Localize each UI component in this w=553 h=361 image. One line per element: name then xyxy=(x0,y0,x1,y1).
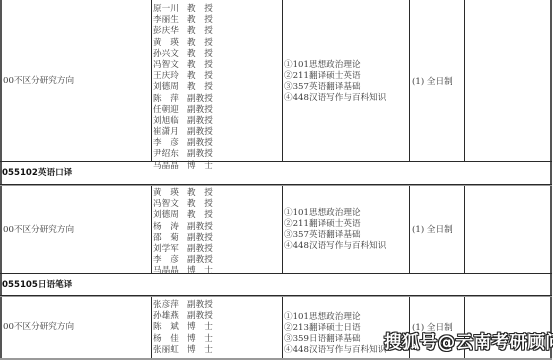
faculty-entry: 张彦萍副教授 xyxy=(153,300,213,311)
faculty-entry: 刘德周教 授 xyxy=(153,210,213,221)
faculty-title: 博 士 xyxy=(187,161,213,172)
exam-subject: ③359日语翻译基础 xyxy=(284,334,386,345)
faculty-name: 尹绍东 xyxy=(153,149,187,160)
research-direction: 00不区分研究方向 xyxy=(3,321,74,333)
faculty-name: 彭庆华 xyxy=(153,26,187,37)
faculty-title: 教 授 xyxy=(187,26,213,37)
faculty-name: 陈 萍 xyxy=(153,94,187,105)
faculty-name: 王庆玲 xyxy=(153,71,187,82)
faculty-title: 教 授 xyxy=(187,38,213,49)
faculty-title: 教 授 xyxy=(187,71,213,82)
faculty-entry: 陈 斌博 士 xyxy=(153,322,213,333)
faculty-entry: 马晶晶博 士 xyxy=(153,161,213,172)
exam-subject: ③357英语翻译基础 xyxy=(284,230,386,241)
faculty-name: 张彦萍 xyxy=(153,300,187,311)
sohu-watermark: 搜狐号@云南考研顾问 xyxy=(384,331,553,355)
exam-subject: ③357英语翻译基础 xyxy=(284,82,386,93)
faculty-name: 孙雄燕 xyxy=(153,311,187,322)
faculty-entry: 任朝迎副教授 xyxy=(153,105,213,116)
faculty-name: 崔潇月 xyxy=(153,127,187,138)
faculty-entry: 马晶晶博 士 xyxy=(153,266,213,277)
col-divider-exams xyxy=(282,296,283,360)
faculty-name: 刘德周 xyxy=(153,210,187,221)
exam-subjects: ①101思想政治理论 ②211翻译硕士英语 ③357英语翻译基础 ④448汉语写… xyxy=(284,208,386,252)
faculty-entry: 李 彦副教授 xyxy=(153,255,213,266)
faculty-title: 教 授 xyxy=(187,210,213,221)
faculty-name: 陈 斌 xyxy=(153,322,187,333)
exam-subjects: ①101思想政治理论 ②211翻译硕士英语 ③357英语翻译基础 ④448汉语写… xyxy=(284,60,386,104)
faculty-title: 教 授 xyxy=(187,15,213,26)
faculty-entry: 杨 佳博 士 xyxy=(153,334,213,345)
program-header: 055102英语口译 xyxy=(2,167,72,179)
faculty-entry: 刘德周教 授 xyxy=(153,82,213,93)
exam-subject: ④448汉语写作与百科知识 xyxy=(284,345,386,356)
row-divider xyxy=(0,273,552,274)
faculty-title: 教 授 xyxy=(187,199,213,210)
faculty-entry: 陈 萍副教授 xyxy=(153,94,213,105)
faculty-entry: 李丽生教 授 xyxy=(153,15,213,26)
faculty-title: 副教授 xyxy=(187,105,213,116)
col-divider-faculty xyxy=(151,185,152,273)
faculty-name: 刘学军 xyxy=(153,244,187,255)
exam-subject: ②211翻译硕士英语 xyxy=(284,71,386,82)
faculty-title: 博 士 xyxy=(187,266,213,277)
faculty-title: 副教授 xyxy=(187,149,213,160)
exam-subject: ①101思想政治理论 xyxy=(284,312,386,323)
row-divider xyxy=(0,184,552,185)
exam-subject: ①101思想政治理论 xyxy=(284,208,386,219)
research-direction: 00不区分研究方向 xyxy=(3,75,74,87)
faculty-title: 教 授 xyxy=(187,82,213,93)
faculty-name: 马晶晶 xyxy=(153,266,187,277)
faculty-title: 副教授 xyxy=(187,233,213,244)
faculty-entry: 黄 瑛教 授 xyxy=(153,38,213,49)
faculty-name: 张丽虹 xyxy=(153,345,187,356)
faculty-name: 黄 瑛 xyxy=(153,188,187,199)
faculty-name: 黄 瑛 xyxy=(153,38,187,49)
col-divider-exams xyxy=(282,0,283,161)
faculty-entry: 冯智文教 授 xyxy=(153,60,213,71)
exam-subject: ①101思想政治理论 xyxy=(284,60,386,71)
faculty-name: 冯智文 xyxy=(153,60,187,71)
faculty-entry: 原一川教 授 xyxy=(153,4,213,15)
faculty-name: 冯智文 xyxy=(153,199,187,210)
faculty-entry: 刘学军副教授 xyxy=(153,244,213,255)
col-divider-mode xyxy=(409,185,410,273)
faculty-title: 副教授 xyxy=(187,244,213,255)
faculty-entry: 尹绍东副教授 xyxy=(153,149,213,160)
faculty-name: 刘德周 xyxy=(153,82,187,93)
faculty-name: 李丽生 xyxy=(153,15,187,26)
faculty-list: 原一川教 授 李丽生教 授 彭庆华教 授 黄 瑛教 授 孙兴文教 授 冯智文教 … xyxy=(153,4,213,172)
faculty-entry: 崔潇月副教授 xyxy=(153,127,213,138)
faculty-title: 博 士 xyxy=(187,345,213,356)
table-bottom-border xyxy=(0,358,552,360)
faculty-name: 李 彦 xyxy=(153,138,187,149)
faculty-name: 杨 涛 xyxy=(153,222,187,233)
study-mode: (1) 全日制 xyxy=(412,224,453,236)
faculty-entry: 孙兴文教 授 xyxy=(153,49,213,60)
faculty-title: 副教授 xyxy=(187,116,213,127)
faculty-title: 教 授 xyxy=(187,4,213,15)
col-divider-mode xyxy=(409,0,410,161)
col-divider-notes xyxy=(464,0,465,161)
faculty-list: 黄 瑛教 授 冯智文教 授 刘德周教 授 杨 涛副教授 邵 菊副教授 刘学军副教… xyxy=(153,188,213,278)
col-divider-exams xyxy=(282,185,283,273)
faculty-name: 刘旭临 xyxy=(153,116,187,127)
program-header: 055105日语笔译 xyxy=(2,279,72,291)
faculty-title: 副教授 xyxy=(187,94,213,105)
faculty-entry: 王庆玲教 授 xyxy=(153,71,213,82)
faculty-title: 博 士 xyxy=(187,322,213,333)
faculty-name: 孙兴文 xyxy=(153,49,187,60)
faculty-entry: 李 彦副教授 xyxy=(153,138,213,149)
col-divider-faculty xyxy=(151,296,152,360)
exam-subject: ④448汉语写作与百科知识 xyxy=(284,241,386,252)
faculty-list: 张彦萍副教授 孙雄燕副教授 陈 斌博 士 杨 佳博 士 张丽虹博 士 xyxy=(153,300,213,356)
faculty-entry: 张丽虹博 士 xyxy=(153,345,213,356)
faculty-entry: 黄 瑛教 授 xyxy=(153,188,213,199)
faculty-title: 副教授 xyxy=(187,255,213,266)
row-divider xyxy=(0,161,552,162)
faculty-title: 教 授 xyxy=(187,60,213,71)
table-left-border xyxy=(0,0,2,360)
exam-subjects: ①101思想政治理论 ②213翻译硕士日语 ③359日语翻译基础 ④448汉语写… xyxy=(284,312,386,356)
table-right-border xyxy=(550,0,552,360)
faculty-entry: 杨 涛副教授 xyxy=(153,222,213,233)
faculty-title: 副教授 xyxy=(187,300,213,311)
faculty-name: 邵 菊 xyxy=(153,233,187,244)
faculty-title: 博 士 xyxy=(187,334,213,345)
admissions-table: 00不区分研究方向 原一川教 授 李丽生教 授 彭庆华教 授 黄 瑛教 授 孙兴… xyxy=(0,0,553,361)
faculty-title: 教 授 xyxy=(187,49,213,60)
study-mode: (1) 全日制 xyxy=(412,76,453,88)
row-divider xyxy=(0,295,552,296)
col-divider-faculty xyxy=(151,0,152,161)
faculty-title: 教 授 xyxy=(187,188,213,199)
faculty-name: 杨 佳 xyxy=(153,334,187,345)
col-divider-notes xyxy=(464,185,465,273)
faculty-title: 副教授 xyxy=(187,138,213,149)
exam-subject: ④448汉语写作与百科知识 xyxy=(284,93,386,104)
research-direction: 00不区分研究方向 xyxy=(3,224,74,236)
faculty-entry: 冯智文教 授 xyxy=(153,199,213,210)
exam-subject: ②213翻译硕士日语 xyxy=(284,323,386,334)
faculty-entry: 彭庆华教 授 xyxy=(153,26,213,37)
faculty-entry: 邵 菊副教授 xyxy=(153,233,213,244)
faculty-name: 任朝迎 xyxy=(153,105,187,116)
faculty-name: 马晶晶 xyxy=(153,161,187,172)
exam-subject: ②211翻译硕士英语 xyxy=(284,219,386,230)
faculty-entry: 刘旭临副教授 xyxy=(153,116,213,127)
faculty-title: 副教授 xyxy=(187,222,213,233)
faculty-name: 原一川 xyxy=(153,4,187,15)
faculty-title: 副教授 xyxy=(187,311,213,322)
faculty-name: 李 彦 xyxy=(153,255,187,266)
faculty-title: 副教授 xyxy=(187,127,213,138)
faculty-entry: 孙雄燕副教授 xyxy=(153,311,213,322)
